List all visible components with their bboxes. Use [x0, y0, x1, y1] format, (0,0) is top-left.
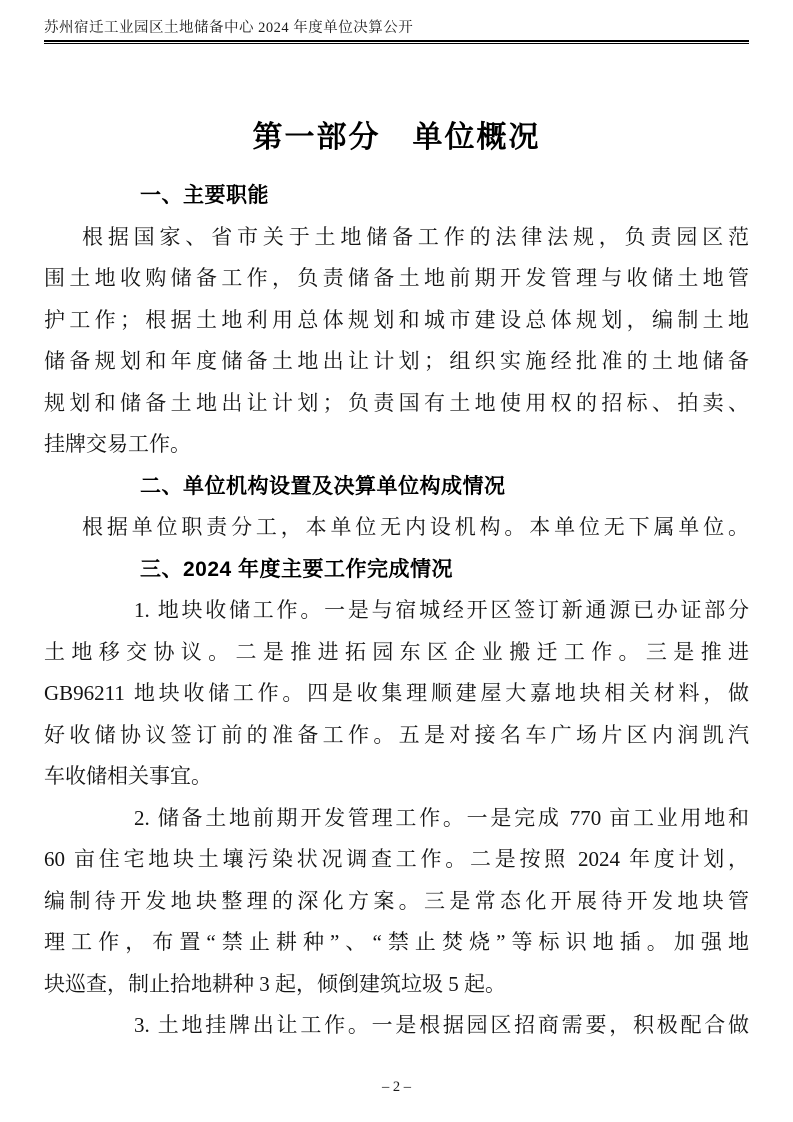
body-line: 根据单位职责分工，本单位无内设机构。本单位无下属单位。	[44, 507, 749, 549]
body-line: 车收储相关事宜。	[44, 756, 749, 798]
body-line: 储备规划和年度储备土地出让计划；组织实施经批准的土地储备	[44, 341, 749, 383]
body-line: 3. 土地挂牌出让工作。一是根据园区招商需要，积极配合做	[44, 1005, 749, 1047]
header-title: 苏州宿迁工业园区土地储备中心 2024 年度单位决算公开	[44, 18, 749, 38]
body-line: 60 亩住宅地块土壤污染状况调查工作。二是按照 2024 年度计划，	[44, 839, 749, 881]
page-number: – 2 –	[0, 1079, 793, 1096]
body-line: 块巡查，制止拾地耕种 3 起，倾倒建筑垃圾 5 起。	[44, 964, 749, 1006]
body-line: 围土地收购储备工作，负责储备土地前期开发管理与收储土地管	[44, 258, 749, 300]
section-heading-1: 一、主要职能	[44, 175, 749, 217]
page-header: 苏州宿迁工业园区土地储备中心 2024 年度单位决算公开	[44, 18, 749, 44]
body-line: 土地移交协议。二是推进拓园东区企业搬迁工作。三是推进	[44, 632, 749, 674]
section-heading-2: 二、单位机构设置及决算单位构成情况	[44, 466, 749, 508]
body-line: 护工作；根据土地利用总体规划和城市建设总体规划，编制土地	[44, 300, 749, 342]
body-line: GB96211 地块收储工作。四是收集理顺建屋大嘉地块相关材料，做	[44, 673, 749, 715]
body-line: 2. 储备土地前期开发管理工作。一是完成 770 亩工业用地和	[44, 798, 749, 840]
section-heading-3: 三、2024 年度主要工作完成情况	[44, 549, 749, 591]
body-line: 理工作，布置“禁止耕种”、“禁止焚烧”等标识地插。加强地	[44, 922, 749, 964]
body-line: 挂牌交易工作。	[44, 424, 749, 466]
body-line: 好收储协议签订前的准备工作。五是对接名车广场片区内润凯汽	[44, 715, 749, 757]
body-line: 编制待开发地块整理的深化方案。三是常态化开展待开发地块管	[44, 881, 749, 923]
document-page: 苏州宿迁工业园区土地储备中心 2024 年度单位决算公开 第一部分 单位概况 一…	[0, 0, 793, 1122]
document-title: 第一部分 单位概况	[44, 120, 749, 156]
body-line: 根据国家、省市关于土地储备工作的法律法规，负责园区范	[44, 217, 749, 259]
header-rule	[44, 40, 749, 44]
body-line: 规划和储备土地出让计划；负责国有土地使用权的招标、拍卖、	[44, 383, 749, 425]
body-line: 1. 地块收储工作。一是与宿城经开区签订新通源已办证部分	[44, 590, 749, 632]
